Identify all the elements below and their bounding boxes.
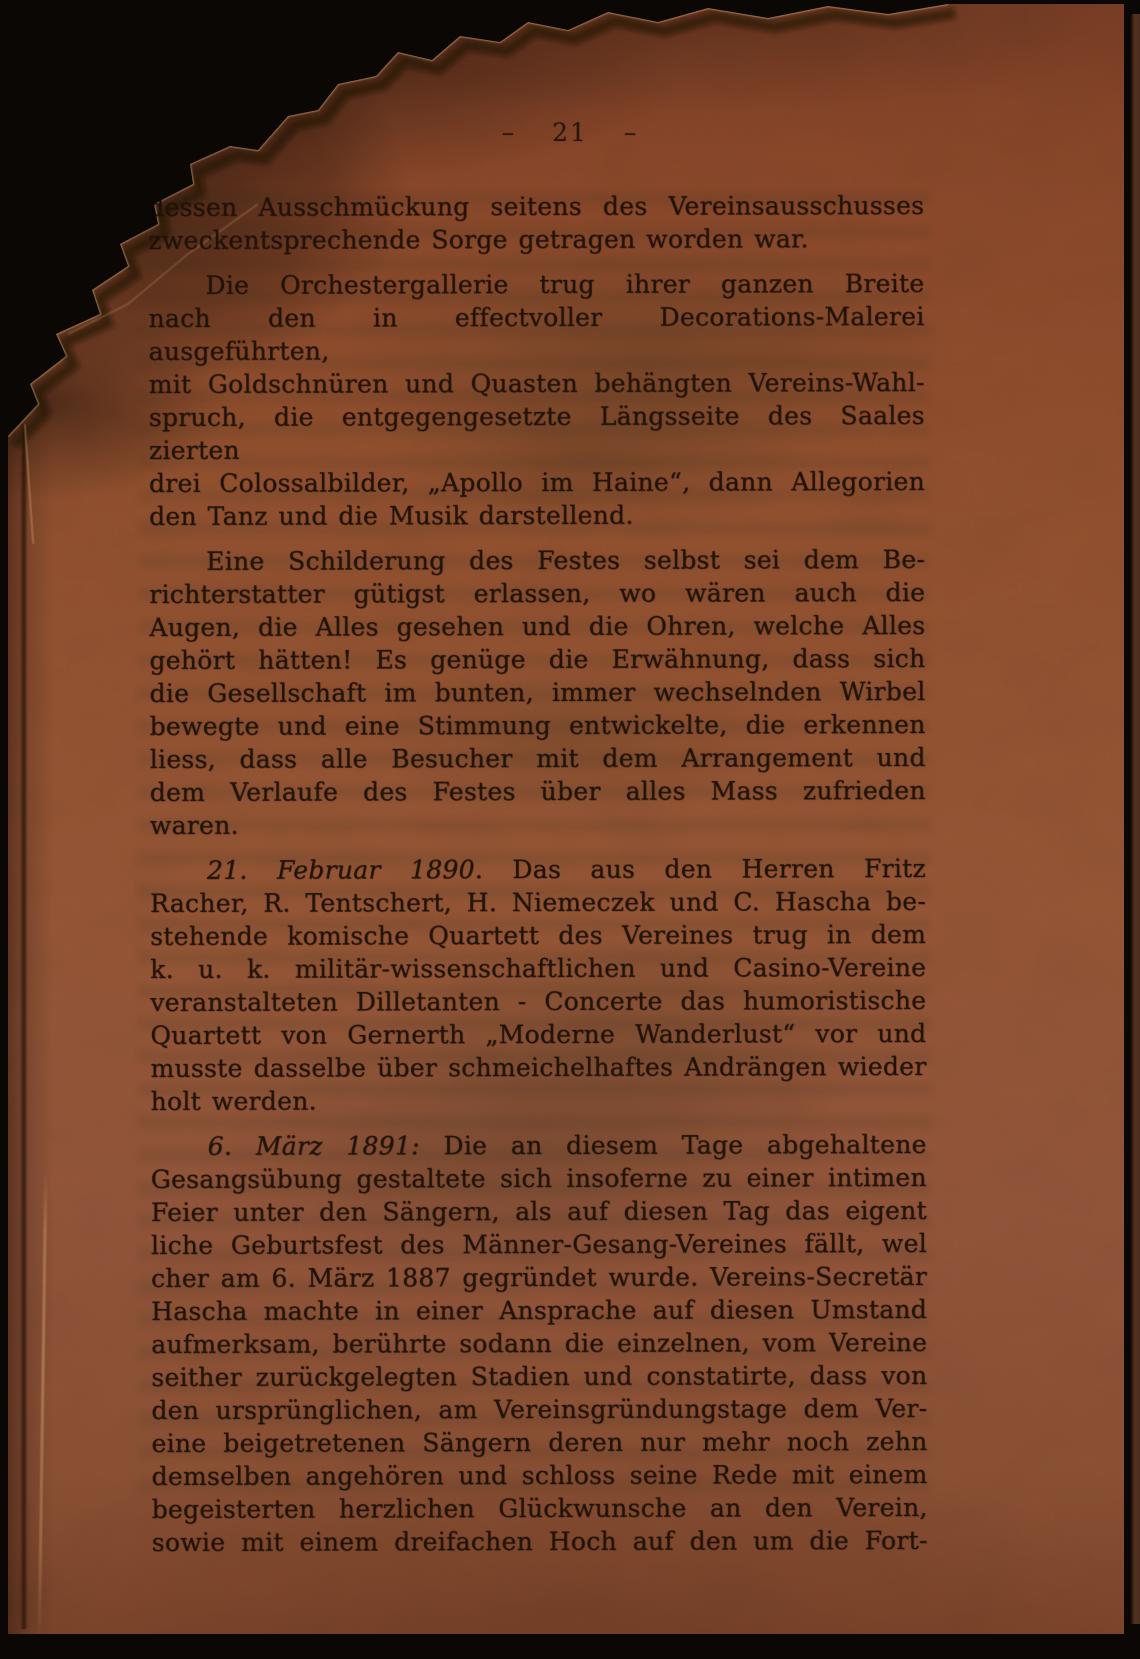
text-line: cher am 6. März 1887 gegründet wurde. Ve…	[151, 1260, 927, 1295]
spine-crease	[20, 424, 27, 1629]
text-line: bewegte und eine Stimmung entwickelte, d…	[150, 708, 926, 743]
paragraph: 6. März 1891: Die an diesem Tage abgehal…	[151, 1128, 928, 1559]
text-line: seither zurückgelegten Stadien und const…	[151, 1359, 927, 1394]
text-line: sowie mit einem dreifachen Hoch auf den …	[152, 1524, 928, 1559]
text-block: dessen Ausschmückung seitens des Vereins…	[148, 189, 928, 1559]
text-line: begeisterten herzlichen Glückwunsche an …	[152, 1491, 928, 1526]
text-line: Feier unter den Sängern, als auf diesen …	[151, 1194, 927, 1229]
page: – 21 – dessen Ausschmückung seitens des …	[8, 4, 1124, 1634]
paragraph: Die Orchestergallerie trug ihrer ganzen …	[148, 267, 925, 533]
text-line: zweckentsprechende Sorge getragen worden…	[148, 222, 924, 257]
text-line: mit Goldschnüren und Quasten behängten V…	[149, 366, 925, 401]
text-line: k. u. k. militär-wissenschaftlichen und …	[150, 951, 926, 986]
paragraph: 21. Februar 1890. Das aus den Herren Fri…	[150, 852, 927, 1118]
date-italic: 21. Februar 1890.	[207, 855, 483, 885]
text-line: drei Colossalbilder, „Apollo im Haine“, …	[149, 465, 925, 500]
paper-crack	[38, 1174, 48, 1644]
text-line: Die Orchestergallerie trug ihrer ganzen …	[148, 267, 924, 302]
text-line: demselben angehören und schloss seine Re…	[152, 1458, 928, 1493]
text-line: veranstalteten Dilletanten - Concerte da…	[150, 984, 926, 1019]
text-line: dessen Ausschmückung seitens des Vereins…	[148, 189, 924, 224]
book-scan: – 21 – dessen Ausschmückung seitens des …	[0, 0, 1140, 1659]
text-line: eine beigetretenen Sängern deren nur meh…	[151, 1425, 927, 1460]
text-line: Gesangsübung gestaltete sich insoferne z…	[151, 1161, 927, 1196]
text-line: gehört hätten! Es genüge die Erwähnung, …	[149, 642, 925, 677]
text-line: Eine Schilderung des Festes selbst sei d…	[149, 543, 925, 578]
text-line: aufmerksam, berührte sodann die einzelne…	[151, 1326, 927, 1361]
page-number: – 21 –	[150, 116, 990, 149]
text-line: Racher, R. Tentschert, H. Niemeczek und …	[150, 885, 926, 920]
text-line: 6. März 1891: Die an diesem Tage abgehal…	[151, 1128, 927, 1163]
text-line: dem Verlaufe des Festes über alles Mass …	[150, 774, 926, 809]
text-line: Augen, die Alles gesehen und die Ohren, …	[149, 609, 925, 644]
text-line: Quartett von Gernerth „Moderne Wanderlus…	[150, 1017, 926, 1052]
text-line: die Gesellschaft im bunten, immer wechse…	[149, 675, 925, 710]
text-line: waren.	[150, 807, 926, 842]
text-line: den ursprünglichen, am Vereinsgründungst…	[151, 1392, 927, 1427]
text-line: richterstatter gütigst erlassen, wo wäre…	[149, 576, 925, 611]
paragraph: dessen Ausschmückung seitens des Vereins…	[148, 189, 924, 257]
text-line: holt werden.	[151, 1083, 927, 1118]
underlying-page-edge	[1131, 14, 1140, 1624]
paragraph: Eine Schilderung des Festes selbst sei d…	[149, 543, 926, 842]
text-line: nach den in effectvoller Decorations-Mal…	[149, 300, 925, 368]
text-line: liche Geburtsfest des Männer-Gesang-Vere…	[151, 1227, 927, 1262]
text-line: den Tanz und die Musik darstellend.	[149, 498, 925, 533]
date-italic: 6. März 1891:	[208, 1131, 420, 1161]
text-line: liess, dass alle Besucher mit dem Arrang…	[150, 741, 926, 776]
text-line: spruch, die entgegengesetzte Längsseite …	[149, 399, 925, 467]
text-line: Hascha machte in einer Ansprache auf die…	[151, 1293, 927, 1328]
text-line: musste dasselbe über schmeichelhaftes An…	[150, 1050, 926, 1085]
text-line: stehende komische Quartett des Vereines …	[150, 918, 926, 953]
text-line: 21. Februar 1890. Das aus den Herren Fri…	[150, 852, 926, 887]
